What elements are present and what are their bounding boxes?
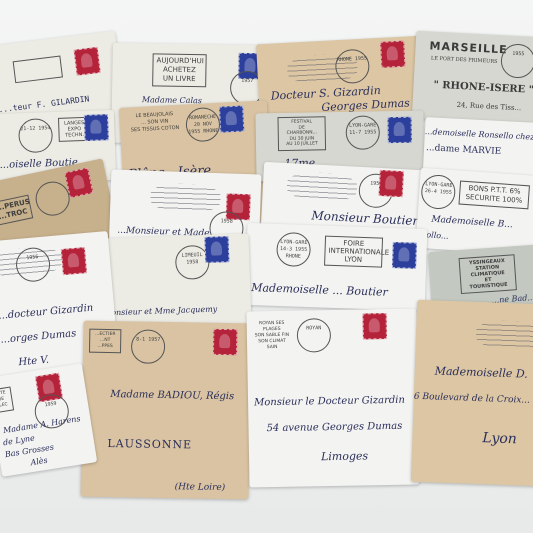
- red-marianne-stamp: [380, 41, 405, 68]
- postmark-circle: 8-1 1957: [131, 329, 166, 364]
- slogan-cancel: ...OITE ...SE ...LLEC: [0, 387, 14, 415]
- envelope-gizardin-dumas: RHONE 1955 Docteur S. Gizardin Georges D…: [256, 36, 425, 123]
- envelope-marseille-rhone-isere: MARSEILLE LE PORT DES PRIMEURS 1955 " RH…: [412, 31, 533, 126]
- red-marianne-stamp: [213, 329, 237, 355]
- envelope-bons-ptt: LYON-GARE 26-4 1955 BONS P.T.T. 6% SECUR…: [415, 168, 533, 257]
- envelope-foire-lyon: LYON-GARE 14-3 1955 RHONE FOIRE INTERNAT…: [245, 223, 428, 311]
- blue-marianne-stamp: [388, 117, 412, 143]
- slogan-cancel: BONS P.T.T. 6% SECURITE 100%: [458, 181, 530, 210]
- slogan-cancel: AUJOURD'HUI ACHETEZ UN LIVRE: [152, 53, 207, 87]
- slogan-cancel: [13, 55, 63, 83]
- address-line: Limoges: [321, 449, 368, 463]
- printed-company: " RHONE-ISERE ": [433, 80, 533, 96]
- slogan-cancel: YSSINGEAUX STATION CLIMATIQUE ET TOURIST…: [459, 254, 517, 294]
- slogan-cancel: FOIRE INTERNATIONALE LYON: [324, 236, 383, 268]
- blue-marianne-stamp: [204, 236, 229, 263]
- wavy-cancel: [150, 183, 221, 213]
- envelope-collection-photo: ...teur F. GILARDIN AUJOURD'HUI ACHETEZ …: [0, 0, 533, 533]
- slogan-cancel: FESTIVAL DE CHARBONN... DU 30 JUIN AU 10…: [277, 116, 326, 150]
- red-marianne-stamp: [363, 313, 387, 339]
- wavy-cancel: [476, 320, 533, 350]
- postmark-circle: 21-12 1954: [18, 118, 53, 153]
- address-line: ...dame MARVIE: [426, 143, 502, 157]
- address-line: (Hte Loire): [175, 482, 226, 493]
- slogan-cancel: ...ECTIER ...NT ...PPES: [89, 329, 121, 354]
- slogan-cancel: LE BEAUJOLAIS ... SON VIN SES TISSUS COT…: [123, 108, 186, 136]
- address-line: Lyon: [482, 430, 517, 447]
- address-line: Alès: [30, 456, 48, 468]
- address-line: Mademoiselle B...: [431, 215, 513, 231]
- printed-header: MARSEILLE: [429, 39, 508, 56]
- blue-marianne-stamp: [392, 242, 417, 269]
- blue-marianne-stamp: [84, 114, 109, 141]
- envelope-badiou-laussonne: ...ECTIER ...NT ...PPES 8-1 1957 Madame …: [80, 321, 251, 500]
- postmark-circle: ROYAN: [297, 318, 332, 353]
- blue-marianne-stamp: [219, 105, 244, 132]
- address-line: ...orges Dumas: [0, 328, 77, 346]
- red-marianne-stamp: [64, 168, 93, 198]
- postmark-circle: RHONE 1955: [334, 48, 370, 84]
- envelope-jacquemy: LIMEUIL 1958 Monsieur et Mme Jacquemy: [98, 233, 251, 328]
- postmark-circle: ROMANECHE 20 NOV 1955 RHONE: [185, 107, 221, 143]
- address-line: Monsieur le Docteur Gizardin: [254, 395, 405, 409]
- address-line: Monsieur et Mme Jacquemy: [103, 305, 217, 318]
- address-line: Mademoiselle D.: [435, 364, 528, 380]
- address-line: Hte V.: [18, 355, 49, 369]
- printed-subheader: LE PORT DES PRIMEURS: [431, 55, 498, 64]
- postmark-circle: LYON-GARE 11-7 1955: [345, 115, 380, 150]
- postmark-circle: 1955: [500, 43, 533, 79]
- address-line: Madame BADIOU, Régis: [110, 389, 234, 402]
- address-line: Mademoiselle ... Boutier: [251, 281, 388, 299]
- red-marianne-stamp: [74, 47, 101, 76]
- envelope-royan-gizardin: ROYAN SES PLAGES SON SABLE FIN SON CLIMA…: [246, 309, 419, 488]
- wavy-cancel: [286, 171, 357, 203]
- address-line: ...docteur Gizardin: [0, 303, 94, 322]
- address-line: 6 Boulevard de la Croix...: [414, 392, 530, 406]
- postmark-circle: LYON-GARE 26-4 1955: [420, 174, 456, 210]
- printed-address: 24, Rue des Tiss...: [456, 101, 521, 112]
- address-line: LAUSSONNE: [107, 437, 192, 451]
- envelope-mademoiselle-d-lyon: Mademoiselle D. 6 Boulevard de la Croix.…: [411, 300, 533, 486]
- slogan-cancel: ...PERUS ...TROC: [0, 195, 33, 226]
- address-line: ...demoiselle Ronsello chez: [425, 127, 533, 142]
- envelope-madame-harens-ales: ...OITE ...SE ...LLEC 1959 Madame A. Har…: [0, 363, 97, 477]
- address-line: 54 avenue Georges Dumas: [266, 421, 402, 434]
- postmark-circle: LYON-GARE 14-3 1955 RHONE: [276, 232, 311, 267]
- red-marianne-stamp: [61, 247, 87, 275]
- red-marianne-stamp: [379, 170, 404, 197]
- slogan-cancel: ROYAN SES PLAGES SON SABLE FIN SON CLIMA…: [251, 319, 294, 354]
